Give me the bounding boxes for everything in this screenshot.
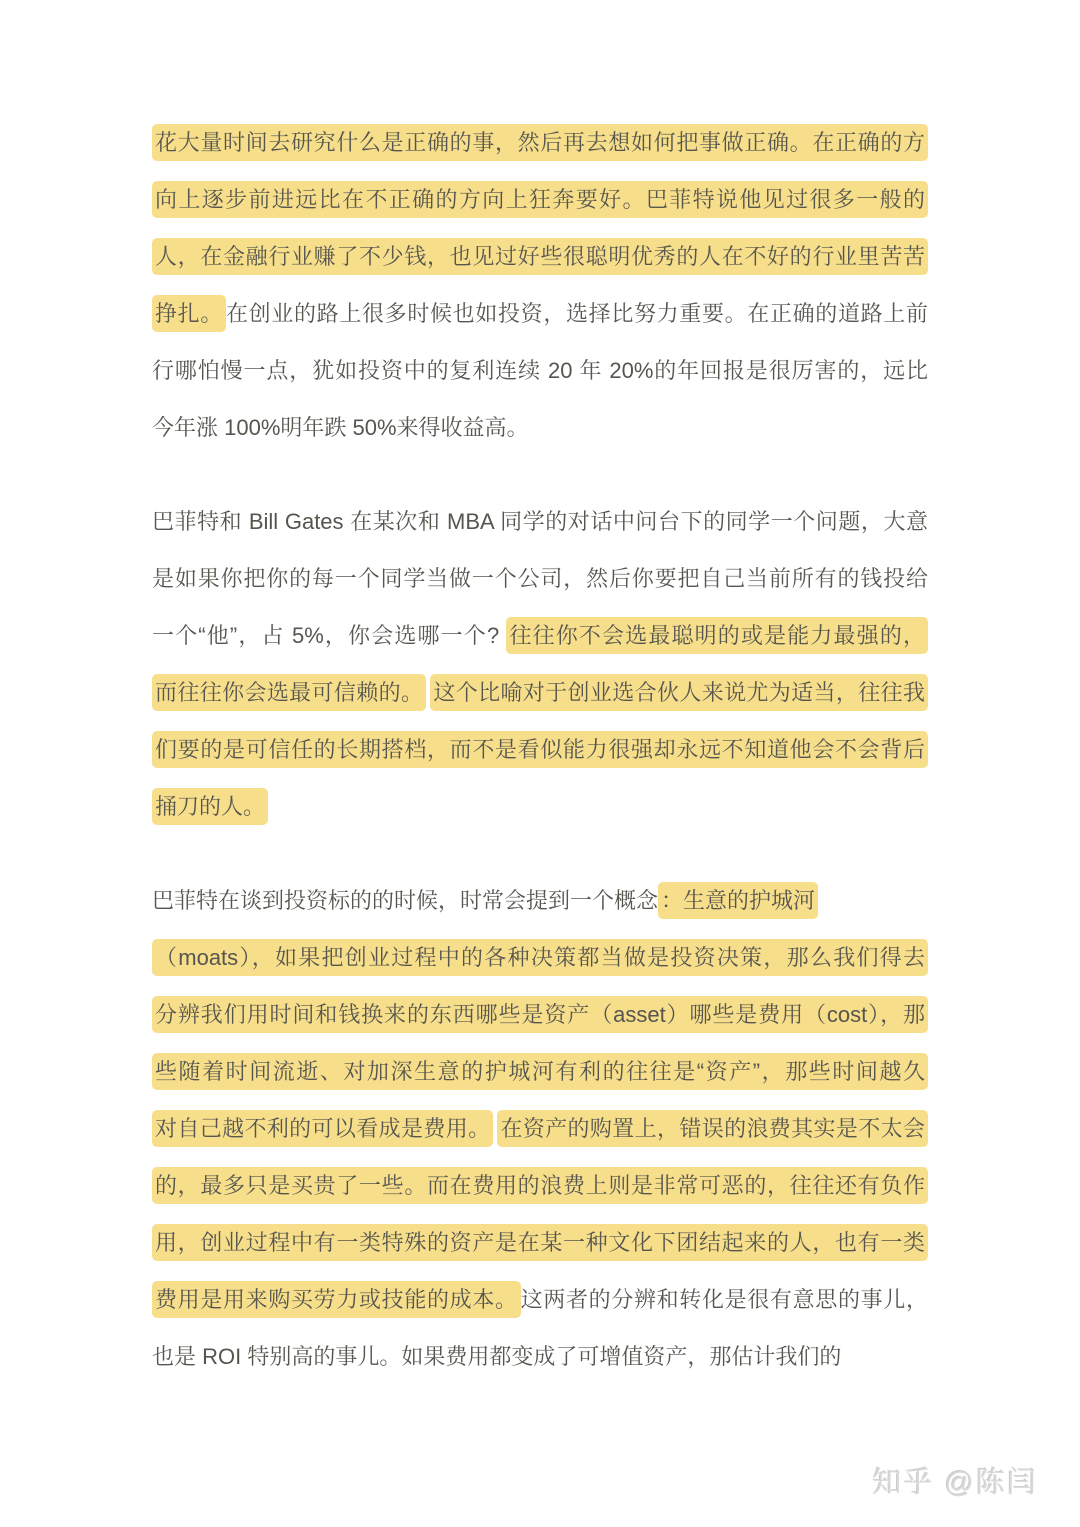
text-segment: 这两者的分辨和转化是很有意思的事儿， bbox=[521, 1287, 928, 1312]
text-line: 向上逐步前进远比在不正确的方向上狂奔要好。巴菲特说他见过很多一般的 bbox=[152, 171, 928, 228]
text-segment: 也是 ROI 特别高的事儿。如果费用都变成了可增值资产，那估计我们的 bbox=[152, 1344, 841, 1369]
text-segment: 巴菲特和 Bill Gates 在某次和 MBA 同学的对话中问台下的同学一个问… bbox=[152, 509, 928, 534]
text-line: 巴菲特在谈到投资标的的时候，时常会提到一个概念：生意的护城河 bbox=[152, 872, 928, 929]
text-line: 捅刀的人。 bbox=[152, 778, 928, 835]
highlighted-text: 用，创业过程中有一类特殊的资产是在某一种文化下团结起来的人，也有一类 bbox=[152, 1224, 928, 1261]
text-line: 些随着时间流逝、对加深生意的护城河有利的往往是“资产”，那些时间越久 bbox=[152, 1043, 928, 1100]
watermark-text: 知乎 @陈闫 bbox=[873, 1467, 1039, 1499]
highlighted-text: 对自己越不利的可以看成是费用。 bbox=[152, 1110, 493, 1147]
text-line: 的，最多只是买贵了一些。而在费用的浪费上则是非常可恶的，往往还有负作 bbox=[152, 1157, 928, 1214]
text-line: 也是 ROI 特别高的事儿。如果费用都变成了可增值资产，那估计我们的 bbox=[152, 1328, 928, 1385]
highlighted-text: 的，最多只是买贵了一些。而在费用的浪费上则是非常可恶的，往往还有负作 bbox=[152, 1167, 928, 1204]
highlighted-text: 在资产的购置上，错误的浪费其实是不太会 bbox=[497, 1110, 928, 1147]
text-line: 人，在金融行业赚了不少钱，也见过好些很聪明优秀的人在不好的行业里苦苦 bbox=[152, 228, 928, 285]
paragraph: 巴菲特在谈到投资标的的时候，时常会提到一个概念：生意的护城河（moats），如果… bbox=[152, 872, 928, 1385]
highlighted-text: 挣扎。 bbox=[152, 295, 226, 332]
text-line: 行哪怕慢一点，犹如投资中的复利连续 20 年 20%的年回报是很厉害的，远比 bbox=[152, 342, 928, 399]
text-segment: 是如果你把你的每一个同学当做一个公司，然后你要把自己当前所有的钱投给 bbox=[152, 566, 928, 591]
text-line: 而往往你会选最可信赖的。这个比喻对于创业选合伙人来说尤为适当，往往我 bbox=[152, 664, 928, 721]
highlighted-text: （moats），如果把创业过程中的各种决策都当做是投资决策，那么我们得去 bbox=[152, 939, 928, 976]
highlighted-text: 们要的是可信任的长期搭档，而不是看似能力很强却永远不知道他会不会背后 bbox=[152, 731, 928, 768]
text-line: 费用是用来购买劳力或技能的成本。这两者的分辨和转化是很有意思的事儿， bbox=[152, 1271, 928, 1328]
text-line: 对自己越不利的可以看成是费用。在资产的购置上，错误的浪费其实是不太会 bbox=[152, 1100, 928, 1157]
highlighted-text: 费用是用来购买劳力或技能的成本。 bbox=[152, 1281, 521, 1318]
text-segment: 一个“他”，占 5%，你会选哪一个? bbox=[152, 623, 506, 648]
text-segment: 在创业的路上很多时候也如投资，选择比努力重要。在正确的道路上前 bbox=[226, 301, 928, 326]
text-line: 今年涨 100%明年跌 50%来得收益高。 bbox=[152, 399, 928, 456]
document-page: 花大量时间去研究什么是正确的事，然后再去想如何把事做正确。在正确的方向上逐步前进… bbox=[0, 0, 1080, 1527]
highlighted-text: 这个比喻对于创业选合伙人来说尤为适当，往往我 bbox=[430, 674, 928, 711]
text-line: 花大量时间去研究什么是正确的事，然后再去想如何把事做正确。在正确的方 bbox=[152, 114, 928, 171]
highlighted-text: 捅刀的人。 bbox=[152, 788, 268, 825]
text-line: 用，创业过程中有一类特殊的资产是在某一种文化下团结起来的人，也有一类 bbox=[152, 1214, 928, 1271]
text-line: （moats），如果把创业过程中的各种决策都当做是投资决策，那么我们得去 bbox=[152, 929, 928, 986]
highlighted-text: 向上逐步前进远比在不正确的方向上狂奔要好。巴菲特说他见过很多一般的 bbox=[152, 181, 928, 218]
highlighted-text: 些随着时间流逝、对加深生意的护城河有利的往往是“资产”，那些时间越久 bbox=[152, 1053, 928, 1090]
highlighted-text: 而往往你会选最可信赖的。 bbox=[152, 674, 426, 711]
highlighted-text: ：生意的护城河 bbox=[658, 882, 818, 919]
highlighted-text: 花大量时间去研究什么是正确的事，然后再去想如何把事做正确。在正确的方 bbox=[152, 124, 928, 161]
highlighted-text: 分辨我们用时间和钱换来的东西哪些是资产（asset）哪些是费用（cost），那 bbox=[152, 996, 928, 1033]
text-segment: 巴菲特在谈到投资标的的时候，时常会提到一个概念 bbox=[152, 888, 658, 913]
text-line: 分辨我们用时间和钱换来的东西哪些是资产（asset）哪些是费用（cost），那 bbox=[152, 986, 928, 1043]
text-segment: 今年涨 100%明年跌 50%来得收益高。 bbox=[152, 415, 529, 440]
highlighted-text: 往往你不会选最聪明的或是能力最强的， bbox=[506, 617, 928, 654]
text-line: 巴菲特和 Bill Gates 在某次和 MBA 同学的对话中问台下的同学一个问… bbox=[152, 493, 928, 550]
highlighted-text: 人，在金融行业赚了不少钱，也见过好些很聪明优秀的人在不好的行业里苦苦 bbox=[152, 238, 928, 275]
text-line: 一个“他”，占 5%，你会选哪一个? 往往你不会选最聪明的或是能力最强的， bbox=[152, 607, 928, 664]
text-segment: 行哪怕慢一点，犹如投资中的复利连续 20 年 20%的年回报是很厉害的，远比 bbox=[152, 358, 928, 383]
text-line: 挣扎。在创业的路上很多时候也如投资，选择比努力重要。在正确的道路上前 bbox=[152, 285, 928, 342]
paragraph: 巴菲特和 Bill Gates 在某次和 MBA 同学的对话中问台下的同学一个问… bbox=[152, 493, 928, 835]
text-line: 们要的是可信任的长期搭档，而不是看似能力很强却永远不知道他会不会背后 bbox=[152, 721, 928, 778]
watermark: 知乎 @陈闫 bbox=[873, 1460, 1039, 1501]
paragraph: 花大量时间去研究什么是正确的事，然后再去想如何把事做正确。在正确的方向上逐步前进… bbox=[152, 114, 928, 456]
article-text: 花大量时间去研究什么是正确的事，然后再去想如何把事做正确。在正确的方向上逐步前进… bbox=[152, 114, 928, 1422]
text-line: 是如果你把你的每一个同学当做一个公司，然后你要把自己当前所有的钱投给 bbox=[152, 550, 928, 607]
